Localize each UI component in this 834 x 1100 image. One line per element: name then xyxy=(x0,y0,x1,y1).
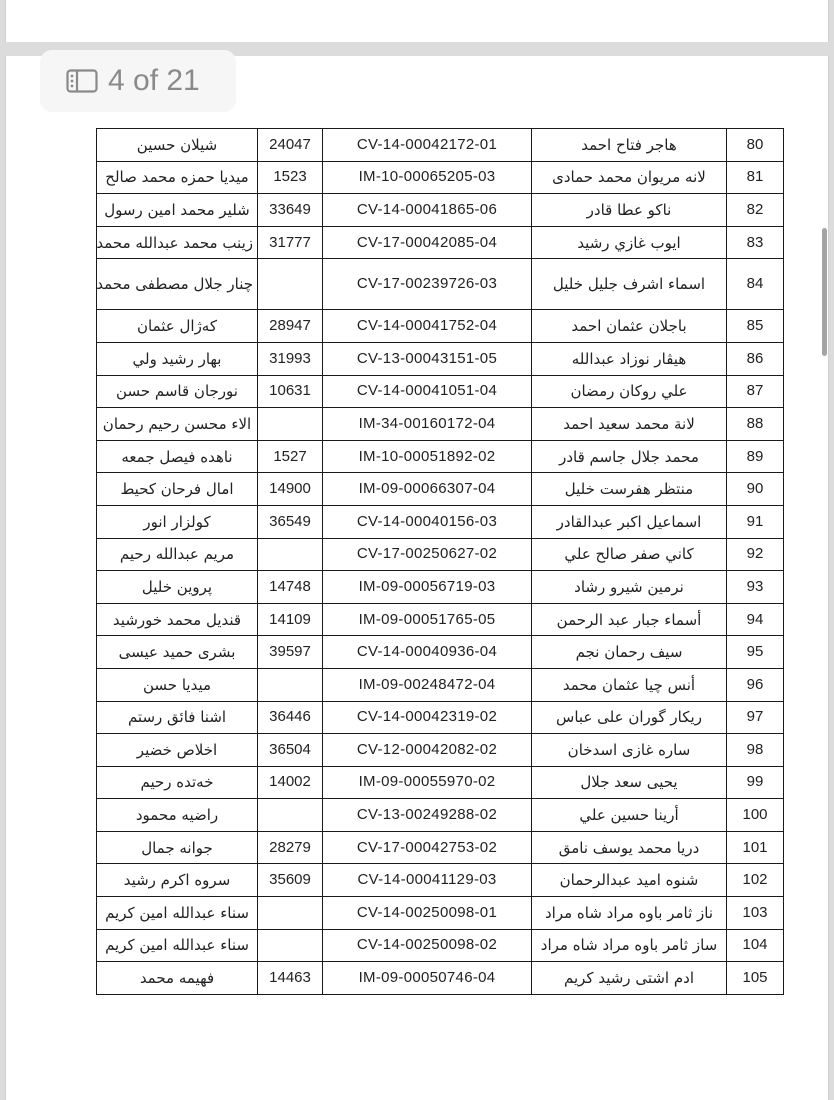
number-cell xyxy=(258,408,323,441)
index-cell: 105 xyxy=(727,962,784,995)
number-cell: 14748 xyxy=(258,571,323,604)
number-cell xyxy=(258,897,323,930)
table-row: كولزار انور36549CV-14-00040156-03اسماعيل… xyxy=(97,505,784,538)
guardian-name-cell: شيلان حسين xyxy=(97,129,258,162)
table-row: بهار رشيد ولي31993CV-13-00043151-05هيڤار… xyxy=(97,342,784,375)
number-cell xyxy=(258,668,323,701)
code-cell: CV-14-00250098-02 xyxy=(323,929,532,962)
name-cell: اسماء اشرف جليل خليل xyxy=(532,259,727,310)
table-row: امال فرحان كحيط14900IM-09-00066307-04منت… xyxy=(97,473,784,506)
guardian-name-cell: سروه اكرم رشيد xyxy=(97,864,258,897)
name-cell: لانه مريوان محمد حمادى xyxy=(532,161,727,194)
name-cell: محمد جلال جاسم قادر xyxy=(532,440,727,473)
name-cell: ناكو عطا قادر xyxy=(532,194,727,227)
guardian-name-cell: شلير محمد امين رسول xyxy=(97,194,258,227)
table-row: مريم عبدالله رحيمCV-17-00250627-02كاني ص… xyxy=(97,538,784,571)
vertical-scrollbar-thumb[interactable] xyxy=(822,228,827,356)
number-cell: 10631 xyxy=(258,375,323,408)
number-cell: 28279 xyxy=(258,831,323,864)
guardian-name-cell: ميديا حسن xyxy=(97,668,258,701)
guardian-name-cell: بهار رشيد ولي xyxy=(97,342,258,375)
code-cell: IM-09-00051765-05 xyxy=(323,603,532,636)
guardian-name-cell: اشنا فائق رستم xyxy=(97,701,258,734)
code-cell: CV-14-00041051-04 xyxy=(323,375,532,408)
name-cell: دريا محمد يوسف نامق xyxy=(532,831,727,864)
number-cell xyxy=(258,538,323,571)
index-cell: 97 xyxy=(727,701,784,734)
number-cell: 36504 xyxy=(258,734,323,767)
table-row: سناء عبدالله امين كريمCV-14-00250098-01ن… xyxy=(97,897,784,930)
name-cell: ايوب غازي رشيد xyxy=(532,226,727,259)
number-cell: 1523 xyxy=(258,161,323,194)
name-cell: ادم اشتى رشيد كريم xyxy=(532,962,727,995)
table-row: چنار جلال مصطفى محمدCV-17-00239726-03اسم… xyxy=(97,259,784,310)
guardian-name-cell: سناء عبدالله امين كريم xyxy=(97,897,258,930)
index-cell: 90 xyxy=(727,473,784,506)
table-row: شلير محمد امين رسول33649CV-14-00041865-0… xyxy=(97,194,784,227)
name-cell: ساز ثامر باوه مراد شاه مراد xyxy=(532,929,727,962)
number-cell: 36446 xyxy=(258,701,323,734)
guardian-name-cell: خەتده رحيم xyxy=(97,766,258,799)
code-cell: CV-17-00042085-04 xyxy=(323,226,532,259)
index-cell: 85 xyxy=(727,310,784,343)
code-cell: IM-09-00050746-04 xyxy=(323,962,532,995)
table-row: ميديا حمزه محمد صالح1523IM-10-00065205-0… xyxy=(97,161,784,194)
page-count-label: 4 of 21 xyxy=(108,64,200,98)
previous-page xyxy=(5,0,829,42)
index-cell: 95 xyxy=(727,636,784,669)
index-cell: 84 xyxy=(727,259,784,310)
name-cell: باجلان عثمان احمد xyxy=(532,310,727,343)
table-row: كەژال عثمان28947CV-14-00041752-04باجلان … xyxy=(97,310,784,343)
code-cell: CV-13-00249288-02 xyxy=(323,799,532,832)
table-row: زينب محمد عبدالله محمد31777CV-17-0004208… xyxy=(97,226,784,259)
table-row: سناء عبدالله امين كريمCV-14-00250098-02س… xyxy=(97,929,784,962)
table-row: خەتده رحيم14002IM-09-00055970-02يحيى سعد… xyxy=(97,766,784,799)
guardian-name-cell: مريم عبدالله رحيم xyxy=(97,538,258,571)
code-cell: CV-13-00043151-05 xyxy=(323,342,532,375)
index-cell: 91 xyxy=(727,505,784,538)
code-cell: CV-14-00040156-03 xyxy=(323,505,532,538)
name-cell: سيف رحمان نجم xyxy=(532,636,727,669)
name-cell: نرمين شيرو رشاد xyxy=(532,571,727,604)
table-row: اخلاص خضير36504CV-12-00042082-02ساره غاز… xyxy=(97,734,784,767)
guardian-name-cell: امال فرحان كحيط xyxy=(97,473,258,506)
guardian-name-cell: نورجان قاسم حسن xyxy=(97,375,258,408)
name-cell: ساره غازى اسدخان xyxy=(532,734,727,767)
name-cell: اسماعيل اكبر عبدالقادر xyxy=(532,505,727,538)
table-row: جوانه جمال28279CV-17-00042753-02دريا محم… xyxy=(97,831,784,864)
name-cell: منتظر هفرست خليل xyxy=(532,473,727,506)
index-cell: 99 xyxy=(727,766,784,799)
index-cell: 89 xyxy=(727,440,784,473)
index-cell: 92 xyxy=(727,538,784,571)
code-cell: IM-09-00055970-02 xyxy=(323,766,532,799)
number-cell: 14900 xyxy=(258,473,323,506)
guardian-name-cell: زينب محمد عبدالله محمد xyxy=(97,226,258,259)
guardian-name-cell: جوانه جمال xyxy=(97,831,258,864)
guardian-name-cell: كەژال عثمان xyxy=(97,310,258,343)
number-cell: 31777 xyxy=(258,226,323,259)
table-row: راضيه محمودCV-13-00249288-02أرينا حسين ع… xyxy=(97,799,784,832)
table-row: بشرى حميد عيسى39597CV-14-00040936-04سيف … xyxy=(97,636,784,669)
name-cell: لانة محمد سعيد احمد xyxy=(532,408,727,441)
index-cell: 94 xyxy=(727,603,784,636)
code-cell: CV-17-00042753-02 xyxy=(323,831,532,864)
index-cell: 103 xyxy=(727,897,784,930)
number-cell xyxy=(258,799,323,832)
code-cell: CV-14-00041129-03 xyxy=(323,864,532,897)
name-cell: علي روكان رمضان xyxy=(532,375,727,408)
name-cell: هاجر فتاح احمد xyxy=(532,129,727,162)
code-cell: CV-14-00042172-01 xyxy=(323,129,532,162)
guardian-name-cell: سناء عبدالله امين كريم xyxy=(97,929,258,962)
number-cell: 35609 xyxy=(258,864,323,897)
number-cell: 14109 xyxy=(258,603,323,636)
number-cell: 14463 xyxy=(258,962,323,995)
index-cell: 87 xyxy=(727,375,784,408)
index-cell: 80 xyxy=(727,129,784,162)
guardian-name-cell: قنديل محمد خورشيد xyxy=(97,603,258,636)
index-cell: 96 xyxy=(727,668,784,701)
index-cell: 93 xyxy=(727,571,784,604)
index-cell: 86 xyxy=(727,342,784,375)
index-cell: 82 xyxy=(727,194,784,227)
name-cell: شنوه اميد عبدالرحمان xyxy=(532,864,727,897)
name-cell: ناز ثامر باوه مراد شاه مراد xyxy=(532,897,727,930)
code-cell: CV-14-00250098-01 xyxy=(323,897,532,930)
number-cell: 14002 xyxy=(258,766,323,799)
name-cell: هيڤار نوزاد عبدالله xyxy=(532,342,727,375)
code-cell: CV-14-00040936-04 xyxy=(323,636,532,669)
code-cell: CV-14-00042319-02 xyxy=(323,701,532,734)
table-row: ميديا حسنIM-09-00248472-04أنس چيا عثمان … xyxy=(97,668,784,701)
number-cell: 28947 xyxy=(258,310,323,343)
name-cell: يحيى سعد جلال xyxy=(532,766,727,799)
table-row: شيلان حسين24047CV-14-00042172-01هاجر فتا… xyxy=(97,129,784,162)
index-cell: 81 xyxy=(727,161,784,194)
code-cell: IM-09-00248472-04 xyxy=(323,668,532,701)
page-indicator[interactable]: 4 of 21 xyxy=(40,50,236,112)
code-cell: CV-17-00250627-02 xyxy=(323,538,532,571)
index-cell: 88 xyxy=(727,408,784,441)
guardian-name-cell: چنار جلال مصطفى محمد xyxy=(97,259,258,310)
guardian-name-cell: پروين خليل xyxy=(97,571,258,604)
index-cell: 104 xyxy=(727,929,784,962)
index-cell: 101 xyxy=(727,831,784,864)
guardian-name-cell: فهيمه محمد xyxy=(97,962,258,995)
table-row: نورجان قاسم حسن10631CV-14-00041051-04علي… xyxy=(97,375,784,408)
sidebar-icon[interactable] xyxy=(66,69,98,93)
number-cell: 36549 xyxy=(258,505,323,538)
name-cell: ريكار گوران على عباس xyxy=(532,701,727,734)
document-viewer: 4 of 21 شيلان حسين24047CV-14-00042172-01… xyxy=(0,0,834,1100)
code-cell: CV-12-00042082-02 xyxy=(323,734,532,767)
index-cell: 100 xyxy=(727,799,784,832)
table-row: پروين خليل14748IM-09-00056719-03نرمين شي… xyxy=(97,571,784,604)
code-cell: CV-14-00041752-04 xyxy=(323,310,532,343)
number-cell xyxy=(258,929,323,962)
name-cell: أرينا حسين علي xyxy=(532,799,727,832)
code-cell: IM-10-00065205-03 xyxy=(323,161,532,194)
code-cell: IM-09-00066307-04 xyxy=(323,473,532,506)
code-cell: CV-14-00041865-06 xyxy=(323,194,532,227)
table-row: فهيمه محمد14463IM-09-00050746-04ادم اشتى… xyxy=(97,962,784,995)
table-row: ناهده فيصل جمعه1527IM-10-00051892-02محمد… xyxy=(97,440,784,473)
name-cell: أنس چيا عثمان محمد xyxy=(532,668,727,701)
index-cell: 98 xyxy=(727,734,784,767)
code-cell: IM-09-00056719-03 xyxy=(323,571,532,604)
guardian-name-cell: كولزار انور xyxy=(97,505,258,538)
code-cell: IM-34-00160172-04 xyxy=(323,408,532,441)
number-cell: 31993 xyxy=(258,342,323,375)
number-cell xyxy=(258,259,323,310)
code-cell: IM-10-00051892-02 xyxy=(323,440,532,473)
index-cell: 83 xyxy=(727,226,784,259)
number-cell: 33649 xyxy=(258,194,323,227)
name-cell: كاني صفر صالح علي xyxy=(532,538,727,571)
table-row: اشنا فائق رستم36446CV-14-00042319-02ريكا… xyxy=(97,701,784,734)
number-cell: 24047 xyxy=(258,129,323,162)
guardian-name-cell: ميديا حمزه محمد صالح xyxy=(97,161,258,194)
table-row: الاء محسن رحيم رحمانIM-34-00160172-04لان… xyxy=(97,408,784,441)
number-cell: 39597 xyxy=(258,636,323,669)
table-row: سروه اكرم رشيد35609CV-14-00041129-03شنوه… xyxy=(97,864,784,897)
number-cell: 1527 xyxy=(258,440,323,473)
table-row: قنديل محمد خورشيد14109IM-09-00051765-05أ… xyxy=(97,603,784,636)
name-cell: أسماء جبار عبد الرحمن xyxy=(532,603,727,636)
index-cell: 102 xyxy=(727,864,784,897)
guardian-name-cell: اخلاص خضير xyxy=(97,734,258,767)
records-table: شيلان حسين24047CV-14-00042172-01هاجر فتا… xyxy=(96,128,784,995)
guardian-name-cell: ناهده فيصل جمعه xyxy=(97,440,258,473)
guardian-name-cell: الاء محسن رحيم رحمان xyxy=(97,408,258,441)
code-cell: CV-17-00239726-03 xyxy=(323,259,532,310)
guardian-name-cell: راضيه محمود xyxy=(97,799,258,832)
guardian-name-cell: بشرى حميد عيسى xyxy=(97,636,258,669)
